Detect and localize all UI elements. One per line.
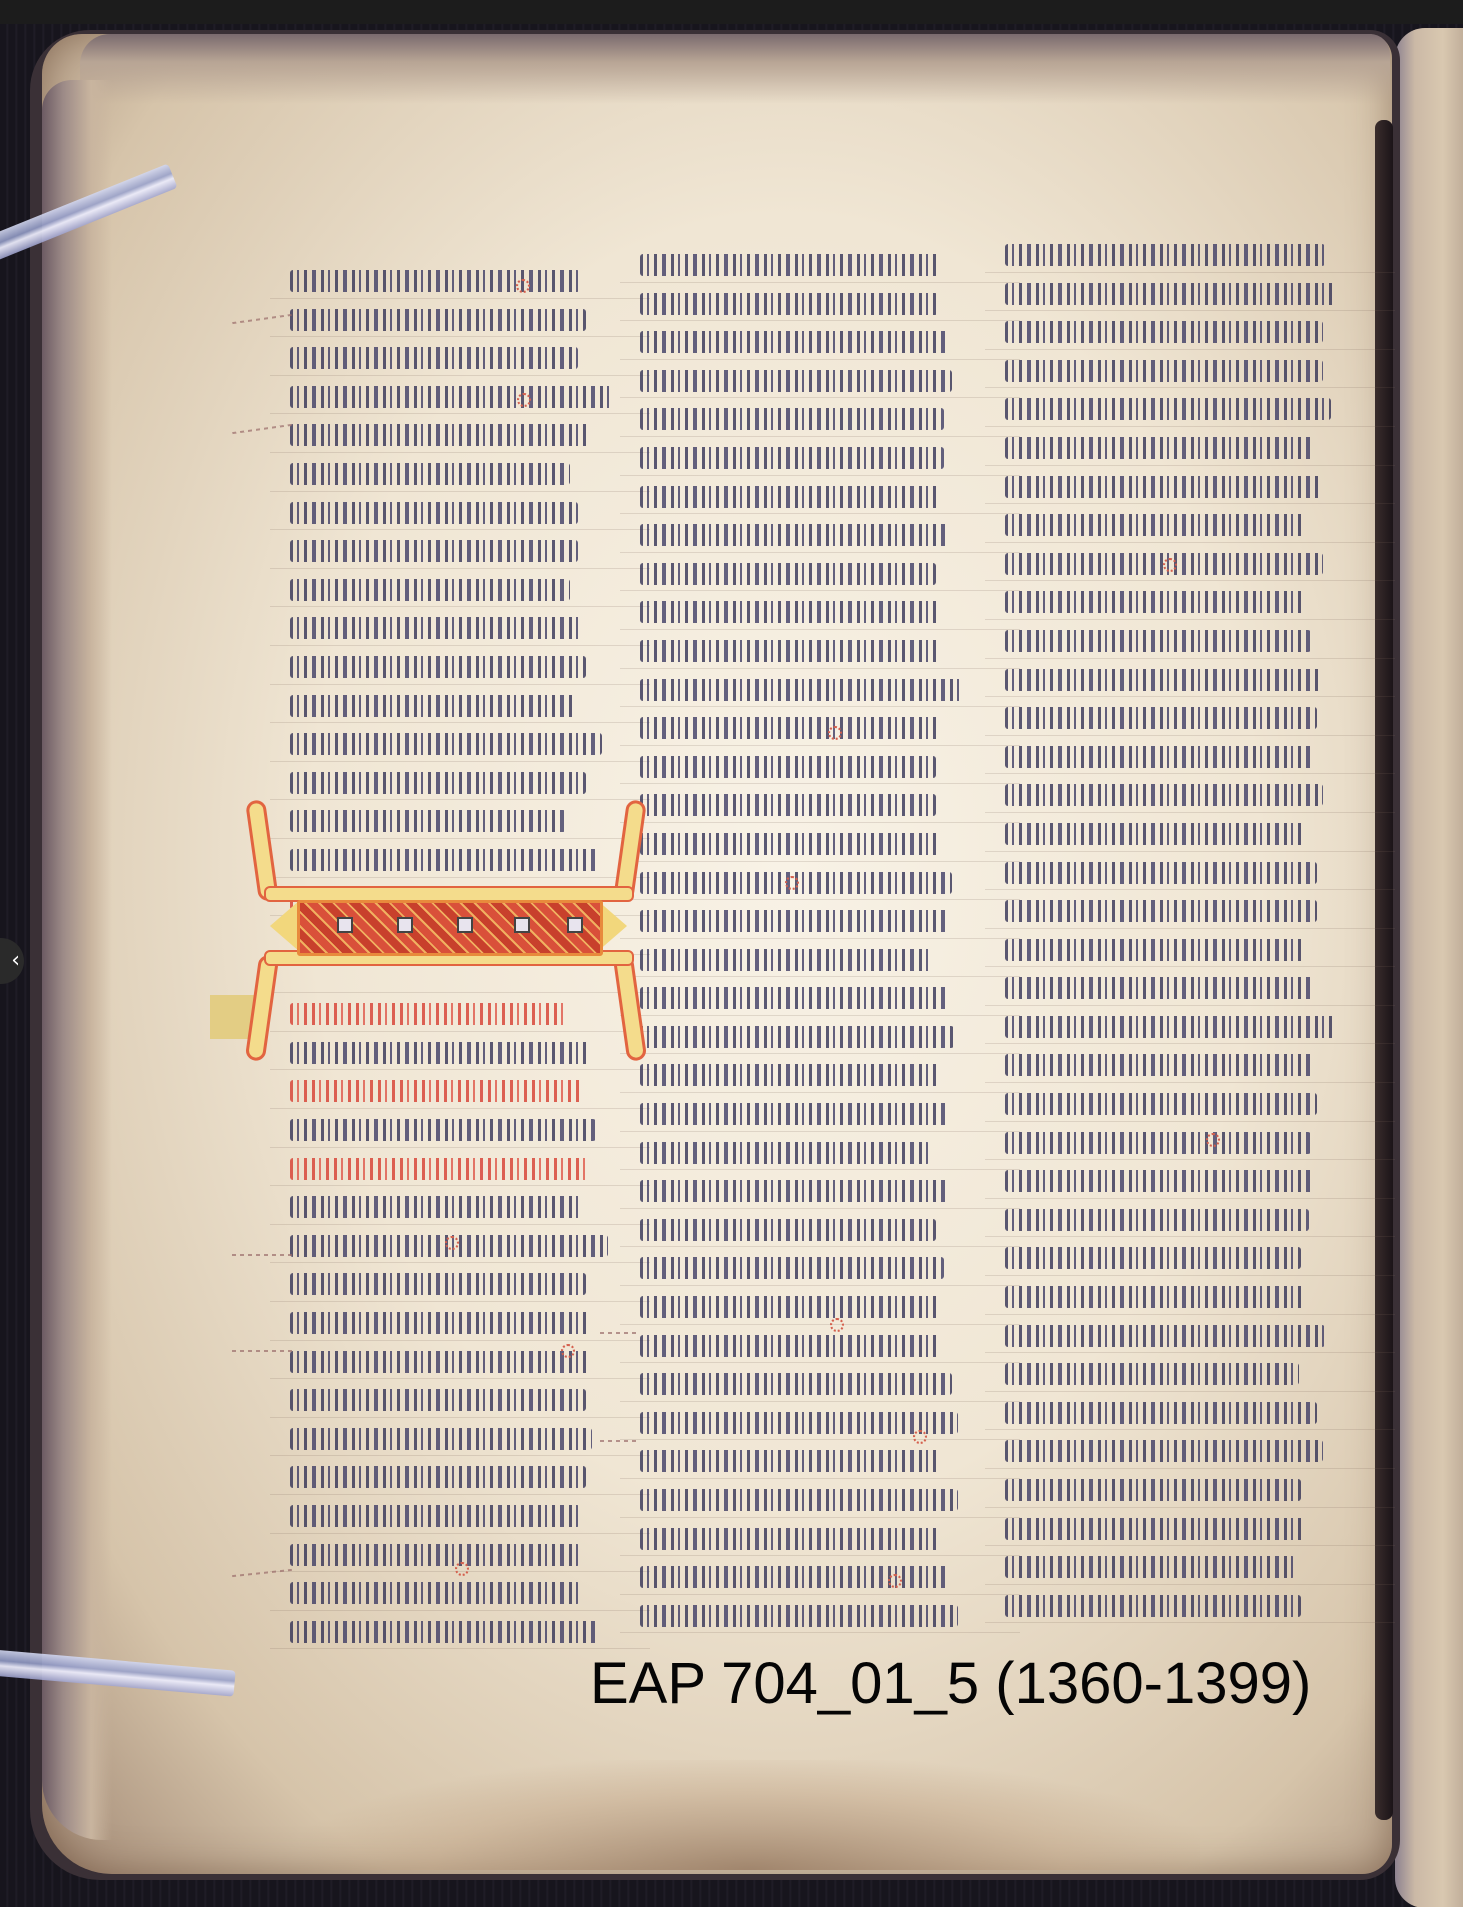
viewer-top-bar — [0, 0, 1463, 24]
ink-text — [640, 524, 950, 546]
ruling-line — [270, 413, 650, 414]
ruling-line — [270, 722, 650, 723]
text-column-3: ይእዜ፡እቀጠቅጦ፡ለበትሩ፡እምኔክ፡ወእበትክ፡ማኅሚክ፡ወይኤዝዝ፡እግዚ… — [1005, 236, 1375, 1625]
ruling-line — [270, 568, 650, 569]
ruling-line — [620, 1555, 1020, 1556]
manuscript-line: ሙ፡ግበር፡በዓለክ፡ይሁዳ፡ — [1005, 661, 1375, 700]
margin-guide-line — [600, 1332, 640, 1334]
ruling-line — [270, 1224, 650, 1225]
manuscript-line: ምኵሉሙ፡እስ፡ይትብሩ፡ወ — [640, 516, 1000, 555]
ruling-line — [985, 1507, 1395, 1508]
ink-text — [290, 502, 578, 524]
ink-text — [640, 679, 962, 701]
ruling-line — [270, 1610, 650, 1611]
ruling-line — [620, 1015, 1020, 1016]
ink-text — [1005, 1286, 1305, 1308]
ink-text — [640, 254, 940, 276]
manuscript-line: ትሩ፡እምኔክ፡ወእበትክ፡ — [1005, 275, 1375, 314]
manuscript-line: ወቀርጊለከ፡ወ፡ጥፋፌ፡ — [640, 246, 1000, 285]
margin-guide-line — [600, 1440, 640, 1442]
ink-text — [290, 579, 570, 601]
manuscript-line: መዊት፡ወይቤሉ፡እግዚ — [290, 455, 630, 494]
rubric-dot-mark — [561, 1344, 575, 1358]
page-bottom-damage — [300, 1760, 1200, 1870]
ink-text — [640, 486, 940, 508]
ruling-line — [620, 1594, 1020, 1595]
manuscript-line: ይመጽኡ፡ይትጋደሉክ፡ኀል — [1005, 776, 1375, 815]
manuscript-line: ፍሬ፡ሊባኖስ፡ወአድለቅ — [640, 285, 1000, 324]
ruling-line — [270, 645, 650, 646]
ruling-line — [985, 619, 1395, 620]
ruling-line — [985, 1121, 1395, 1122]
ink-text — [1005, 1209, 1309, 1231]
headpiece-dot — [514, 917, 530, 933]
ruling-line — [270, 1378, 650, 1379]
ink-text — [1005, 1054, 1315, 1076]
ruling-line — [620, 1517, 1020, 1518]
manuscript-line: ከተ፡ፍናዋተ፡ወይደነግፁ፡ — [1005, 1432, 1375, 1471]
ink-text — [640, 1142, 930, 1164]
manuscript-line: ኵሐ፡እምኔሁ፡ኄር፡እግ — [640, 709, 1000, 748]
ruling-line — [985, 426, 1395, 427]
ruling-line — [985, 465, 1395, 466]
ink-text — [640, 949, 932, 971]
manuscript-line: ሆሙ፡ወያምሮሙ፡ለእለ፡ — [640, 825, 1000, 864]
manuscript-line: ምኔክ፡ይወፅእ፡ኅሊና፡እኩ — [640, 1365, 1000, 1404]
ruling-line — [620, 1324, 1020, 1325]
ink-text — [1005, 669, 1321, 691]
ruling-line — [270, 1494, 650, 1495]
manuscript-line: ይ፡ዘሀሉ፡ውስቴታ፡ሰብአ፡ — [290, 725, 630, 764]
manuscript-line: ዚአብሔር፡ለእለ፡ይትሄ — [640, 748, 1000, 787]
ink-text — [640, 910, 950, 932]
manuscript-line: ይፈርህዎ፡ወይረክዮሙ፡ — [640, 864, 1000, 903]
ink-text — [1005, 1093, 1317, 1115]
manuscript-line: ወትትበላዕ፡ክሙ፡ብላዐ፡ — [640, 1249, 1000, 1288]
manuscript-line: ዩ፡እግዚአብሔር፡ቀናኢ፡ — [290, 1111, 630, 1150]
ruling-line — [620, 436, 1020, 437]
manuscript-line: ሳ፡ወያነጽፎሙ፡ለኵሉ — [290, 1574, 630, 1613]
ink-text — [1005, 630, 1311, 652]
manuscript-line: ብረቅ፡ዘየረውፅ፡ወይዜ — [1005, 1587, 1375, 1626]
ruling-line — [270, 1108, 650, 1109]
ink-text — [640, 1257, 944, 1279]
text-column-2: ወቀርጊለከ፡ወ፡ጥፋፌ፡ፍሬ፡ሊባኖስ፡ወአድለቅለቀ፡አድባር፡እምኔሁ፡ወ… — [640, 246, 1000, 1635]
adjacent-page-edge — [1395, 28, 1463, 1907]
ruling-line — [985, 1236, 1395, 1237]
ruling-line — [270, 1340, 650, 1341]
manuscript-line: ወመከተበቅል፡ወይትቤ — [290, 1150, 630, 1189]
ruling-line — [270, 491, 650, 492]
rubric-dot-mark — [455, 1562, 469, 1576]
ruling-line — [270, 529, 650, 530]
manuscript-line: ሎሙ፡እምሰብእ፡ዕደው፡ — [1005, 1239, 1375, 1278]
manuscript-line: የጠፍኡክ፡በሕማም፡አስ — [1005, 892, 1375, 931]
ink-text — [290, 1312, 590, 1334]
ink-text — [640, 640, 940, 662]
ruling-line — [620, 590, 1020, 591]
ruling-line — [270, 1417, 650, 1418]
ink-text — [640, 794, 936, 816]
manuscript-line: ወቅዋከር፡ሕሡመ፡አ — [640, 1442, 1000, 1481]
ruling-line — [620, 629, 1020, 630]
ruling-line — [620, 976, 1020, 977]
ink-text — [640, 1335, 940, 1357]
ink-text — [1005, 1595, 1301, 1617]
manuscript-line: ሙ፡መሠረቶሙ፡ትማስን፡ — [640, 1211, 1000, 1250]
headpiece-point-left — [270, 900, 300, 952]
headpiece-dot — [567, 917, 583, 933]
ink-text — [640, 601, 940, 623]
ink-text — [290, 347, 578, 369]
margin-guide-line — [232, 1350, 292, 1352]
manuscript-line: ይልክ፡በሕቁ፡እስመ፡ሜጠ፡ — [1005, 1008, 1375, 1047]
manuscript-line: ዮናስ፡ጥቀ፡ትቴክዝ፡ — [290, 339, 630, 378]
ink-text — [290, 656, 586, 678]
manuscript-line: ቀል፡እግዚአብሔር፡በ — [290, 1188, 630, 1227]
ruling-line — [985, 542, 1395, 543]
manuscript-line: ፀሩ፡ምንተ፡ትኄልዩ፡ላዕለ፡ — [640, 1018, 1000, 1057]
ink-text — [640, 1026, 954, 1048]
ink-text — [640, 370, 952, 392]
ruling-line — [620, 1439, 1020, 1440]
manuscript-line: ቀ፡ወተከዕረ፡ወዐርገ፡ዘ — [1005, 815, 1375, 854]
ruling-line — [270, 375, 650, 376]
ruling-line — [985, 503, 1395, 504]
ruling-line — [985, 773, 1395, 774]
rubric-dot-mark — [516, 279, 530, 293]
ruling-line — [985, 1082, 1395, 1083]
ink-text — [290, 463, 570, 485]
manuscript-line: ሳት፡ማእሰረ፡ሰረገላሆሙ፡ — [1005, 1317, 1375, 1356]
ruling-line — [620, 822, 1020, 823]
rubric-text — [290, 1158, 588, 1180]
ruling-line — [985, 1584, 1395, 1585]
ruling-line — [620, 1285, 1020, 1286]
ruling-line — [620, 513, 1020, 514]
manuscript-line: ሙ፡አፍላግ፡ጎልቁ፡በሳን፡ — [290, 1613, 630, 1652]
ruling-line — [985, 310, 1395, 311]
manuscript-line: እግዚአብሔር፡ለጽእለ — [1005, 1046, 1375, 1085]
manuscript-line: ቅሠፍተ፡መዐቱ፡ወመዐቱ — [640, 593, 1000, 632]
ruling-line — [985, 812, 1395, 813]
manuscript-line: ለናሖም፡ወልደ፡ሐልቂስ — [290, 1072, 630, 1111]
ruling-line — [985, 658, 1395, 659]
ruling-line — [620, 938, 1020, 939]
ruling-line — [270, 1262, 650, 1263]
ink-text — [640, 408, 944, 430]
manuscript-line: ማኅሚክ፡ወይኤዝዝ፡እ — [1005, 313, 1375, 352]
ink-text — [640, 447, 944, 469]
manuscript-line: ዓዴ፡ወእሠርዎ፡ለግልፎ — [1005, 429, 1375, 468]
manuscript-line: ይ፡ላዕለ፡እግዚአብሔር፡ — [640, 1404, 1000, 1443]
manuscript-line: ገሥም፡በዕለተ፡ምንዳቤ — [640, 786, 1000, 825]
ruling-line — [985, 696, 1395, 697]
ink-text — [640, 1566, 950, 1588]
ink-text — [640, 1489, 958, 1511]
ruling-line — [985, 1391, 1395, 1392]
ruling-line — [620, 1632, 1020, 1633]
manuscript-line: ፈድፋደ፡እም፡ወ፡፻፳፻አለ፡ኢ — [290, 764, 630, 803]
ink-text — [290, 1351, 590, 1373]
ink-text — [290, 617, 582, 639]
ink-text — [1005, 244, 1325, 266]
manuscript-line: ተ፡እክራኤል፡እከሙ፡ነ — [1005, 1124, 1375, 1163]
ink-text — [1005, 1363, 1299, 1385]
rubric-dot-mark — [445, 1236, 459, 1250]
rubric-text — [290, 1080, 582, 1102]
ink-text — [1005, 1518, 1305, 1540]
ruling-line — [985, 851, 1395, 852]
ink-text — [640, 1180, 950, 1202]
ruling-line — [270, 298, 650, 299]
ink-text — [640, 1373, 952, 1395]
ruling-line — [985, 1622, 1395, 1623]
ruling-line — [985, 1043, 1395, 1044]
rubric-dot-mark — [828, 726, 842, 740]
ink-text — [1005, 514, 1305, 536]
ink-text — [1005, 1170, 1313, 1192]
ruling-line — [620, 1362, 1020, 1363]
ink-text — [1005, 939, 1305, 961]
ruling-line — [270, 761, 650, 762]
page-left-edge — [42, 80, 112, 1840]
manuscript-line: ኢይሰማዕ፡እንክ፡ወናሁ፡ — [640, 1597, 1000, 1636]
ink-text — [290, 1582, 580, 1604]
ink-text — [1005, 360, 1323, 382]
manuscript-line: ይትቃወም፡ቅድመ፡ገጹ፡እ — [640, 478, 1000, 517]
ink-text — [290, 1428, 592, 1450]
manuscript-line: ምቅድሜ፡ገጹ፡ወአልቦ፡ዘ — [640, 439, 1000, 478]
manuscript-line: ጥቀ፡ተክዝኩ፡እስከ፡ለ — [290, 416, 630, 455]
ink-text — [290, 540, 578, 562]
ink-text — [640, 331, 948, 353]
ruling-line — [620, 1169, 1020, 1170]
manuscript-line: ከቲታ፡መኑ፡ይትቃዋ፡ለመ — [640, 555, 1000, 594]
manuscript-line: ቢይ፡ኀይሉ፡ወንጹሕ፡አ — [290, 1343, 630, 1382]
manuscript-line: ክ፡ከመ፡ትብጻሕ፡ክምክ፡ — [1005, 390, 1375, 429]
manuscript-line: ወፍዲ፡ብፅዓቲክ፡እስመ፡ — [1005, 699, 1375, 738]
ruling-line — [270, 684, 650, 685]
ink-text — [1005, 1479, 1301, 1501]
ink-text — [640, 563, 936, 585]
ruling-line — [620, 706, 1020, 707]
ink-text — [1005, 476, 1321, 498]
ruling-line — [270, 1185, 650, 1186]
chevron-left-icon: ‹ — [11, 948, 20, 973]
manuscript-line: በደመና፡ጸበለ፡እገሪሁ፡ያ — [290, 1497, 630, 1536]
ruling-line — [270, 1533, 650, 1534]
ink-text — [290, 1621, 598, 1643]
ruling-line — [985, 580, 1395, 581]
ruling-line — [620, 552, 1020, 553]
ruling-line — [620, 359, 1020, 360]
ink-text — [290, 424, 590, 446]
ink-text — [290, 733, 602, 755]
ruling-line — [620, 861, 1020, 862]
manuscript-line: መዐቱ፡ፀሮ፡ወያጠፍኦሙ፡ — [290, 1227, 630, 1266]
ruling-line — [985, 735, 1395, 736]
manuscript-line: ሂ፡ይመስወሙ፡ለአርእስ — [640, 632, 1000, 671]
manuscript-line: ወበድልቅልቅ፡ፍኖቱ፡ወ — [290, 1458, 630, 1497]
ink-text — [290, 1196, 582, 1218]
ink-text — [290, 1544, 580, 1566]
manuscript-line: ራሲሆሙኒ፡ይትሀወኩው — [1005, 1394, 1375, 1433]
manuscript-line: ግዚአብሔር፡በእንቲአ — [1005, 352, 1375, 391]
ink-text — [1005, 591, 1305, 613]
ruling-line — [270, 1147, 650, 1148]
ruling-line — [985, 1468, 1395, 1469]
manuscript-line: በእንተ፡ሐምሐም፡ወይቤ፡ — [290, 378, 630, 417]
ruling-line — [620, 320, 1020, 321]
ink-text — [290, 695, 576, 717]
ink-text — [640, 717, 940, 739]
ink-text — [1005, 1016, 1335, 1038]
ink-text — [1005, 784, 1323, 806]
manuscript-line: ፍጡነ፡እሬስዮ፡መቃብረ — [1005, 506, 1375, 545]
ink-text — [290, 1273, 586, 1295]
manuscript-line: እግዚአብሔር፡ናሁ፡ወ — [640, 1056, 1000, 1095]
ink-text — [290, 772, 586, 794]
ink-text — [640, 1296, 940, 1318]
manuscript-line: ሰረገላት፡ወይትጉድኡ፡ — [1005, 1471, 1375, 1510]
ruling-line — [620, 745, 1020, 746]
manuscript-line: ልቦ፡ንጹሐ፡በኀቢሁ፡እ — [290, 1381, 630, 1420]
manuscript-line: ደንገጸት፡ኵሉ፡ምድር፡እ — [640, 400, 1000, 439]
manuscript-line: ለእለ፡ይትነሥኡ፡ክሙ፡ይ — [640, 902, 1000, 941]
ruling-line — [620, 899, 1020, 900]
manuscript-line: ዕበ፡ኅቡረ፡በኅማም፡እስ — [640, 1172, 1000, 1211]
manuscript-line: ያነጽፍ፡ክማሁ፡ወነገርክ፡ — [640, 1558, 1000, 1597]
manuscript-line: አድለቅለቁ፡አውግር፡ወ — [640, 362, 1000, 401]
manuscript-line: እቱ፡ይገብር፡ማኅለቅተ፡ — [640, 1095, 1000, 1134]
rubric-dot-mark — [913, 1430, 927, 1444]
ink-text — [290, 1466, 586, 1488]
ruling-line — [620, 475, 1020, 476]
manuscript-line: ክ፡ለሰእክ፡ናሁ፡ውስተ፡ — [1005, 545, 1375, 584]
manuscript-line: አብሔር፡አንተሰ፡ኢት — [290, 494, 630, 533]
rubric-dot-mark — [517, 393, 531, 407]
rubric-dot-mark — [888, 1574, 902, 1588]
manuscript-line: ልባለ፡እሳት፡ወክሙ፡መ — [1005, 1548, 1375, 1587]
ruling-line — [985, 966, 1395, 967]
ruling-line — [985, 1352, 1395, 1353]
ink-text — [1005, 900, 1317, 922]
ruling-line — [270, 452, 650, 453]
ruling-line — [985, 1314, 1395, 1315]
manuscript-line: ቤሉ፡እግዚአብሔር፡ለ — [290, 301, 630, 340]
manuscript-line: መውክ፡ወኢሃቅይክ፡ዘ — [290, 571, 630, 610]
manuscript-line: ለእመ፡ይትረሰዩ፡ወአፍ — [1005, 1355, 1375, 1394]
image-caption: EAP 704_01_5 (1360-1399) — [590, 1650, 1311, 1717]
ruling-line — [620, 1246, 1020, 1247]
ink-text — [640, 1219, 936, 1241]
ruling-line — [270, 336, 650, 337]
ruling-line — [620, 282, 1020, 283]
manuscript-line: ሕክ፡ለነነዌ፡ሀገር፡ዐቢ — [290, 687, 630, 726]
ruling-line — [985, 1198, 1395, 1199]
ruling-line — [985, 1429, 1395, 1430]
margin-guide-line — [232, 1254, 292, 1256]
headpiece-dot — [397, 917, 413, 933]
manuscript-line: ኃያላን፡እለ፡ይትዌነዩ፡በእ — [1005, 1278, 1375, 1317]
ruling-line — [270, 606, 650, 607]
ink-text — [640, 833, 940, 855]
ruling-line — [620, 397, 1020, 398]
ink-text — [1005, 1247, 1301, 1269]
ruling-line — [620, 1053, 1020, 1054]
ink-text — [640, 1412, 958, 1434]
ruling-line — [985, 928, 1395, 929]
manuscript-line: ግዚአብሔር፡በፍጻሜ፡ — [290, 1420, 630, 1459]
manuscript-line: ብአ፡ዜና፡ወይዜንው፡ሰላ — [1005, 622, 1375, 661]
manuscript-line: ትክ፡ያዕቆብ፡ክሙ፡ጽእለ — [1005, 1085, 1375, 1124]
manuscript-line: ዕጹቂሆሙ፡ወለተወ፡ኀይ — [1005, 1201, 1375, 1240]
ink-text — [1005, 1556, 1295, 1578]
ink-text — [640, 293, 938, 315]
ink-text — [640, 987, 948, 1009]
manuscript-line: ፃዒ፡ወምልእት፡ክሙ፡ብ — [640, 1288, 1000, 1327]
headpiece-scroll — [613, 954, 648, 1062]
ruling-line — [985, 1275, 1395, 1276]
ink-text — [1005, 862, 1317, 884]
manuscript-line: ቲሆሙ፡ወይትቀጠቀጥ፡ኵ — [640, 671, 1000, 710]
rubric-dot-mark — [1163, 558, 1177, 572]
headpiece-dot — [337, 917, 353, 933]
ruling-line — [620, 1131, 1020, 1132]
ruling-line — [985, 1005, 1395, 1006]
ink-text — [1005, 823, 1305, 845]
ink-text — [640, 756, 936, 778]
ink-text — [1005, 398, 1331, 420]
manuscript-line: ይነፍሕ፡ውስተ፡ገጽክ፡ወ — [1005, 854, 1375, 893]
ink-text — [1005, 437, 1315, 459]
ink-text — [1005, 1440, 1323, 1462]
rubric-dot-mark — [830, 1318, 844, 1332]
ink-text — [1005, 321, 1323, 343]
ruling-line — [985, 889, 1395, 890]
ink-text — [1005, 977, 1315, 999]
decorative-headpiece — [252, 800, 644, 1070]
manuscript-line: ተኃይዕ፡ፍኖተክ፡ወአጽ — [1005, 931, 1375, 970]
ink-text — [1005, 746, 1315, 768]
manuscript-line: ተ፡ሞተት፡ወአንሰ፡ኢይም — [290, 648, 630, 687]
manuscript-line: ክ፡እምቤተ፡አምላክክ፡ወ — [1005, 468, 1375, 507]
rubric-dot-mark — [1206, 1133, 1220, 1147]
ink-text — [1005, 283, 1337, 305]
ink-text — [640, 1450, 940, 1472]
manuscript-line: ሕልቁ፡በፍኖተ፡አይኅ፡ — [640, 941, 1000, 980]
ruling-line — [620, 1092, 1020, 1093]
ruling-line — [620, 1478, 1020, 1479]
ruling-line — [620, 1208, 1020, 1209]
ink-text — [290, 270, 580, 292]
ruling-line — [985, 349, 1395, 350]
manuscript-line: አድባር፡እገሪሆሙ፡ለሰ — [1005, 583, 1375, 622]
ink-text — [1005, 1402, 1317, 1424]
manuscript-line: ሌሊተ፡በቈለት፡ወሌሊ — [290, 609, 630, 648]
ruling-line — [270, 1455, 650, 1456]
manuscript-line: ይእዜ፡እቀጠቅጦ፡ለበ — [1005, 236, 1375, 275]
manuscript-line: ጸሐ፡ነጽሖሙ፡ወማስኑአ — [1005, 1162, 1375, 1201]
ink-text — [640, 1605, 958, 1627]
ruling-line — [985, 387, 1395, 388]
manuscript-line: ምሕክ፡ሐምሐም፡ዘኢጻ — [290, 532, 630, 571]
manuscript-line: ወ፡ዴግኖሙ፡ጽልመት፡ለ — [640, 979, 1000, 1018]
ink-text — [290, 309, 586, 331]
ruling-line — [620, 1401, 1020, 1402]
ink-text — [1005, 1325, 1325, 1347]
